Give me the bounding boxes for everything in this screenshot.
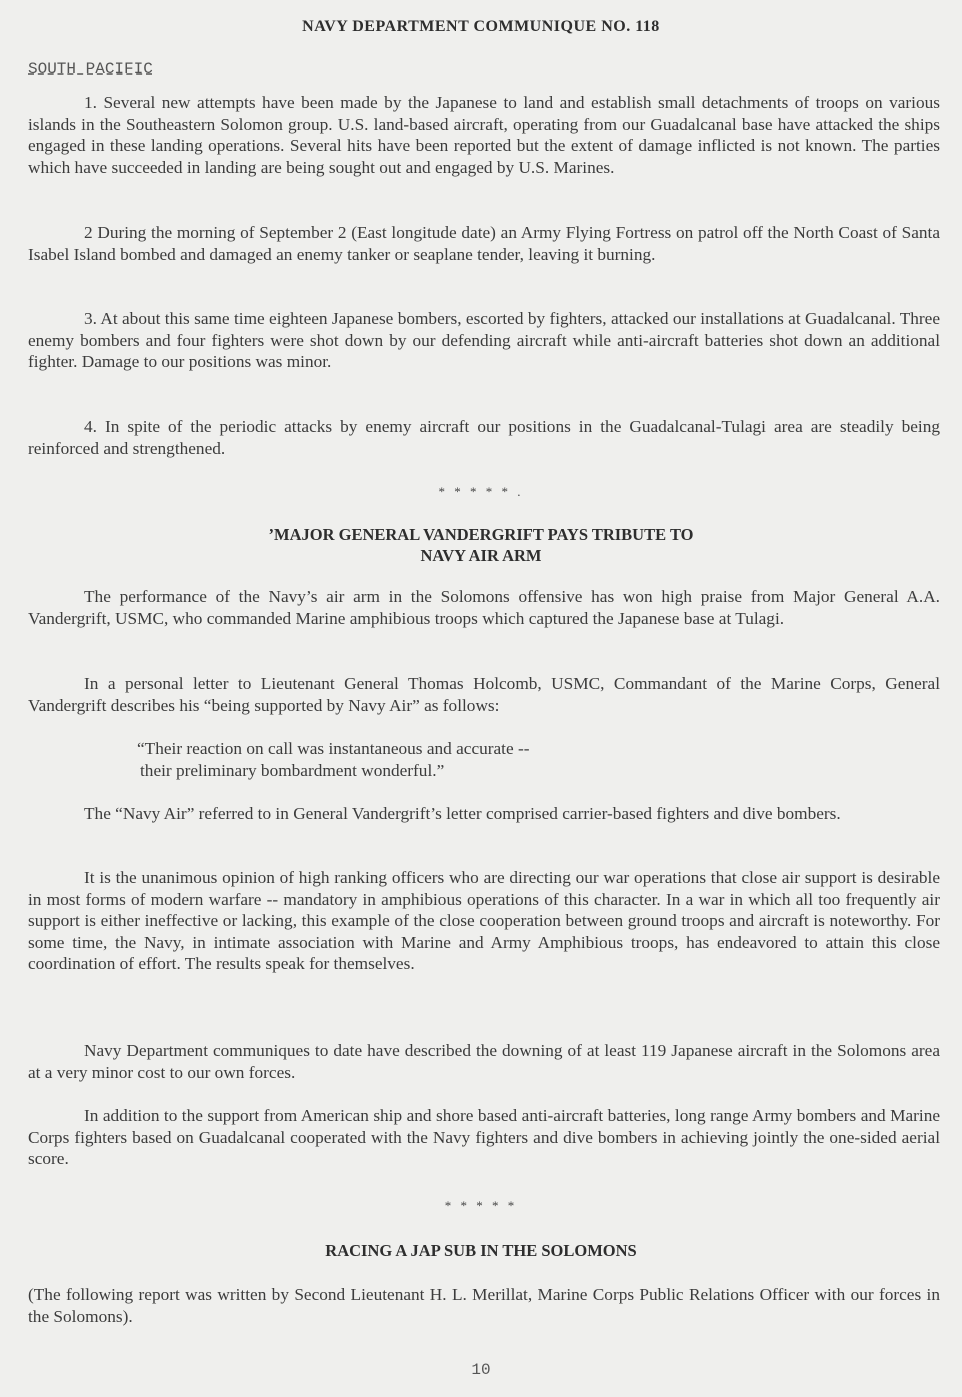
article-1-paragraph-5: Navy Department communiques to date have… (28, 1040, 940, 1083)
article-1-headline-line-1: ’MAJOR GENERAL VANDERGRIFT PAYS TRIBUTE … (0, 524, 962, 545)
article-1-headline: ’MAJOR GENERAL VANDERGRIFT PAYS TRIBUTE … (0, 524, 962, 566)
document-title: NAVY DEPARTMENT COMMUNIQUE NO. 118 (0, 18, 962, 36)
article-1-paragraph-1: The performance of the Navy’s air arm in… (28, 586, 940, 629)
quote-line-2: their preliminary bombardment wonderful.… (137, 760, 737, 782)
section-heading: SOUTH PACIFIC (28, 60, 153, 78)
article-1-paragraph-4: It is the unanimous opinion of high rank… (28, 867, 940, 975)
separator-stars: * * * * * . (0, 484, 962, 500)
article-1-paragraph-3: The “Navy Air” referred to in General Va… (28, 803, 940, 825)
communique-paragraph-1: 1. Several new attempts have been made b… (28, 92, 940, 178)
communique-paragraph-3: 3. At about this same time eighteen Japa… (28, 308, 940, 373)
vandergrift-quote: “Their reaction on call was instantaneou… (137, 738, 737, 781)
document-page: NAVY DEPARTMENT COMMUNIQUE NO. 118 SOUTH… (0, 0, 962, 1397)
article-1-headline-line-2: NAVY AIR ARM (0, 545, 962, 566)
article-2-intro: (The following report was written by Sec… (28, 1284, 940, 1327)
page-number: 10 (0, 1361, 962, 1379)
article-1-paragraph-2: In a personal letter to Lieutenant Gener… (28, 673, 940, 716)
separator-stars-2: * * * * * (0, 1198, 962, 1214)
quote-line-1: “Their reaction on call was instantaneou… (137, 738, 737, 760)
communique-paragraph-4: 4. In spite of the periodic attacks by e… (28, 416, 940, 459)
article-1-paragraph-6: In addition to the support from American… (28, 1105, 940, 1170)
communique-paragraph-2: 2 During the morning of September 2 (Eas… (28, 222, 940, 265)
article-2-headline: RACING A JAP SUB IN THE SOLOMONS (0, 1240, 962, 1261)
